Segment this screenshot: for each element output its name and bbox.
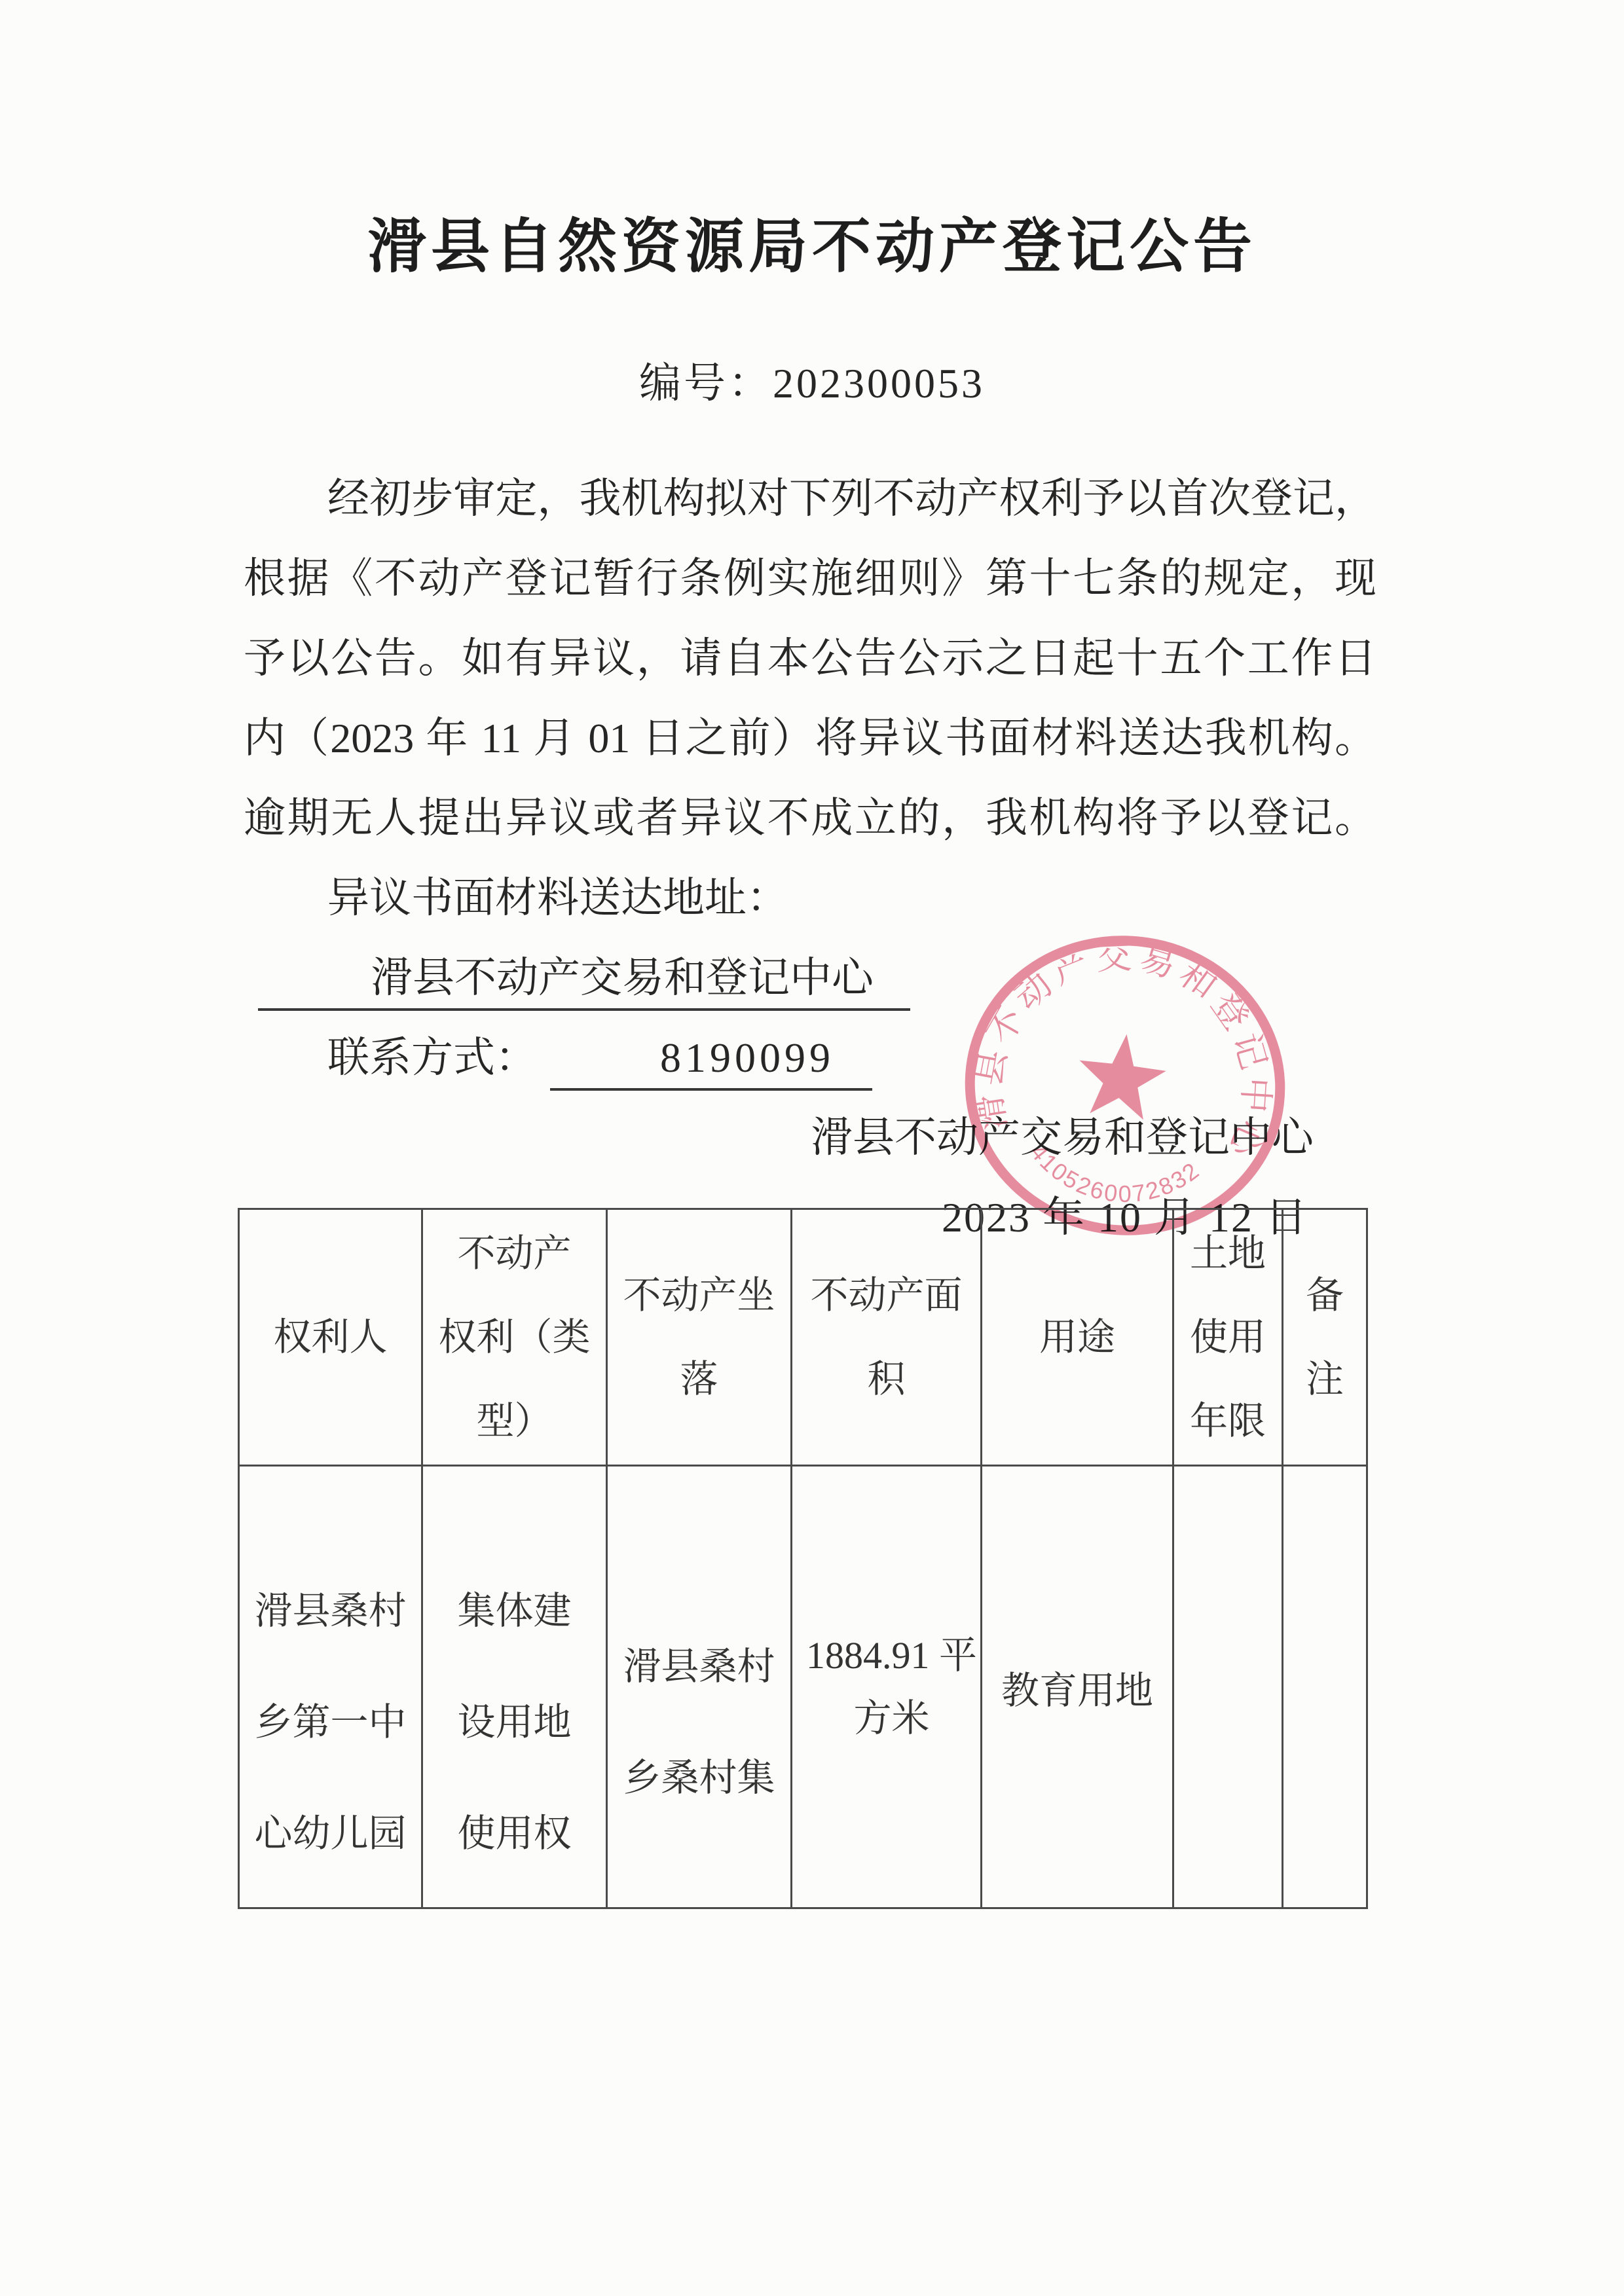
body-line-2: 根据《不动产登记暂行条例实施细则》第十七条的规定，现 [244, 539, 1376, 619]
header-area: 不动产面积 [792, 1209, 982, 1466]
body-line-1: 经初步审定，我机构拟对下列不动产权利予以首次登记， [244, 459, 1376, 539]
header-location: 不动产坐落 [607, 1209, 792, 1466]
cell-area: 1884.91 平方米 [792, 1466, 982, 1908]
body-line-5: 逾期无人提出异议或者异议不成立的，我机构将予以登记。 [244, 778, 1376, 858]
header-rights-holder: 权利人 [239, 1209, 422, 1466]
cell-remarks [1283, 1466, 1367, 1908]
cell-usage: 教育用地 [982, 1466, 1173, 1908]
document-number: 编号：202300053 [0, 354, 1624, 414]
body-line-3: 予以公告。如有异议，请自本公告公示之日起十五个工作日 [244, 619, 1376, 699]
cell-location: 滑县桑村乡桑村集 [607, 1466, 792, 1908]
cell-right-type: 集体建设用地使用权 [422, 1466, 607, 1908]
registration-table: 权利人 不动产权利（类型） 不动产坐落 不动产面积 用途 土地使用年限 备注 滑… [238, 1208, 1368, 1909]
cell-land-term [1173, 1466, 1283, 1908]
announcement-body: 经初步审定，我机构拟对下列不动产权利予以首次登记， 根据《不动产登记暂行条例实施… [244, 459, 1376, 1258]
contact-line: 联系方式：8190099 [244, 1018, 1376, 1098]
announcement-page: 滑县自然资源局不动产登记公告 编号：202300053 经初步审定，我机构拟对下… [0, 0, 1624, 2296]
table-header-row: 权利人 不动产权利（类型） 不动产坐落 不动产面积 用途 土地使用年限 备注 [239, 1209, 1367, 1466]
table-data-row: 滑县桑村乡第一中心幼儿园 集体建设用地使用权 滑县桑村乡桑村集 1884.91 … [239, 1466, 1367, 1908]
cell-rights-holder: 滑县桑村乡第一中心幼儿园 [239, 1466, 422, 1908]
address-value-underlined: 滑县不动产交易和登记中心 [258, 952, 910, 1011]
body-line-4: 内（2023 年 11 月 01 日之前）将异议书面材料送达我机构。 [244, 699, 1376, 778]
contact-value-underlined: 8190099 [550, 1032, 872, 1091]
header-land-term: 土地使用年限 [1173, 1209, 1283, 1466]
header-right-type: 不动产权利（类型） [422, 1209, 607, 1466]
address-label: 异议书面材料送达地址： [327, 875, 788, 921]
address-line: 异议书面材料送达地址：滑县不动产交易和登记中心 [244, 858, 1376, 1018]
header-usage: 用途 [982, 1209, 1173, 1466]
contact-label: 联系方式： [327, 1034, 537, 1081]
issuer-signature: 滑县不动产交易和登记中心 [244, 1098, 1376, 1178]
header-remarks: 备注 [1283, 1209, 1367, 1466]
page-title: 滑县自然资源局不动产登记公告 [0, 211, 1624, 283]
